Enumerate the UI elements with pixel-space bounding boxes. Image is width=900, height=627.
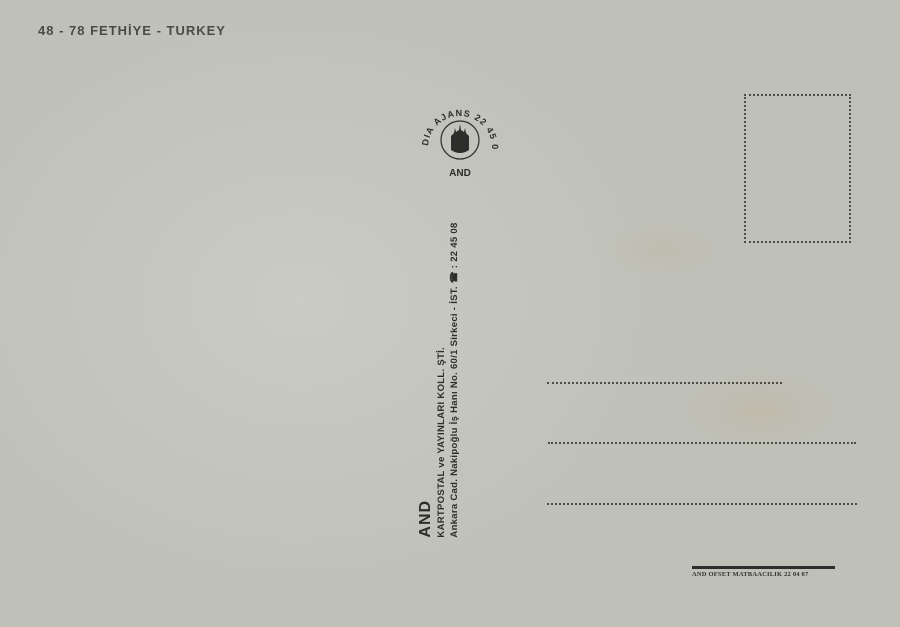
mosque-silhouette-icon: DIA AJANS 22 45 08 AND xyxy=(418,104,502,188)
address-line-2 xyxy=(548,442,856,444)
stamp-box xyxy=(744,94,851,243)
printer-credit: AND OFSET MATBAACILIK 22 04 07 xyxy=(692,566,835,578)
dia-ajans-logo: DIA AJANS 22 45 08 AND xyxy=(418,104,502,188)
publisher-line-2: Ankara Cad. Nakipoğlu İş Hanı No. 60/1 S… xyxy=(448,222,461,537)
postcard-caption: 48 - 78 FETHİYE - TURKEY xyxy=(38,23,226,38)
address-line-1 xyxy=(547,382,782,384)
logo-brand: AND xyxy=(449,168,471,179)
publisher-info: AND KARTPOSTAL ve YAYINLARI KOLL. ŞTİ. A… xyxy=(404,190,474,570)
postcard-back: 48 - 78 FETHİYE - TURKEY DIA AJANS 22 45… xyxy=(0,0,900,627)
publisher-brand: AND xyxy=(417,222,435,537)
publisher-line-1: KARTPOSTAL ve YAYINLARI KOLL. ŞTİ. xyxy=(435,222,448,537)
address-line-3 xyxy=(547,503,857,505)
